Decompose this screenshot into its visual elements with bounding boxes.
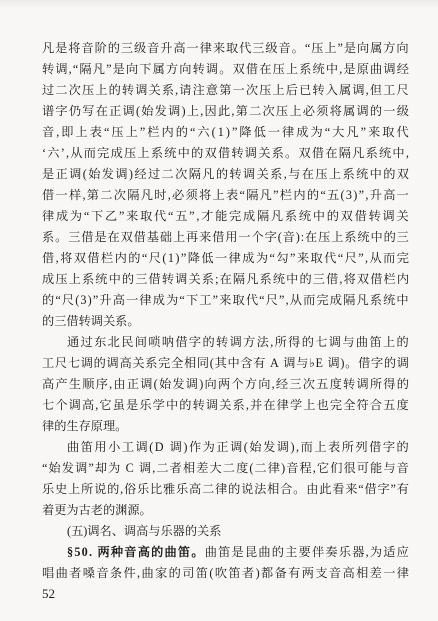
text-line: 的“尺(3)”升高一律成为“下工”来取代“尺”,从而完成隔凡系统中 (42, 290, 409, 311)
text-line: 七个调高,它虽是乐学中的转调关系,并在律学上也完全符合五度 (42, 395, 409, 416)
text-line: 过二次压上的转调关系,请注意第一次压上后已转入属调,但工尺 (42, 80, 409, 101)
text-line: (五)调名、调高与乐器的关系 (42, 521, 409, 542)
text-line: 唱曲者嗓音条件,曲家的司笛(吹笛者)都备有两支音高相差一律 (42, 563, 409, 584)
text-line: 的三借转调关系。 (42, 311, 409, 332)
text-line: 律成为“下乙”来取代“五”,才能完成隔凡系统中的双借转调关 (42, 206, 409, 227)
text-line: ‘六’,从而完成压上系统中的双借转调关系。双借在隔凡系统中, (42, 143, 409, 164)
text-line: 工尺七调的调高关系完全相同(其中含有 A 调与♭E 调)。借字的调 (42, 353, 409, 374)
text-line: 曲笛用小工调(D 调)作为正调(始发调),而上表所列借字的 (42, 437, 409, 458)
text-line: 高产生顺序,由正调(始发调)向两个方向,经三次五度转调所得的 (42, 374, 409, 395)
text-line: 乐史上所说的,俗乐比雅乐高二律的说法相合。由此看来“借字”有 (42, 479, 409, 500)
page-number: 52 (42, 585, 55, 602)
text-line: 律的生存原理。 (42, 416, 409, 437)
text-line: 通过东北民间唢呐借字的转调方法,所得的七调与曲笛上的 (42, 332, 409, 353)
text-line: 系。三借是在双借基础上再来借用一个字(音):在压上系统中的三 (42, 227, 409, 248)
text-line: 借一样,第二次隔凡时,必须将上表“隔凡”栏内的“五(3)”,升高一 (42, 185, 409, 206)
text-line: 谱字仍写在正调(始发调)上,因此,第二次压上必须将属调的一级 (42, 101, 409, 122)
book-page: 凡是将音阶的三级音升高一律来取代三级音。“压上”是向属方向转调,“隔凡”是向下属… (0, 0, 438, 621)
text-line: 成压上系统中的三借转调关系;在隔凡系统中的三借,将双借栏内 (42, 269, 409, 290)
text-line: §50. 两种音高的曲笛。曲笛是昆曲的主要伴奏乐器,为适应 (42, 542, 409, 563)
text-line: “始发调”却为 C 调,二者相差大二度(二律)音程,它们很可能与音 (42, 458, 409, 479)
text-line: 是正调(始发调)经过二次隔凡的转调关系,与在压上系统中的双 (42, 164, 409, 185)
text-line: 转调,“隔凡”是向下属方向转调。双借在压上系统中,是原曲调经 (42, 59, 409, 80)
text-line: 着更为古老的渊源。 (42, 500, 409, 521)
text-line: 凡是将音阶的三级音升高一律来取代三级音。“压上”是向属方向 (42, 38, 409, 59)
text-line: 借,将双借栏内的“尺(1)”降低一律成为“勾”来取代“尺”,从而完 (42, 248, 409, 269)
text-line: 音,即上表“压上”栏内的“六(1)”降低一律成为“大凡”来取代 (42, 122, 409, 143)
body-text: 凡是将音阶的三级音升高一律来取代三级音。“压上”是向属方向转调,“隔凡”是向下属… (42, 38, 409, 584)
